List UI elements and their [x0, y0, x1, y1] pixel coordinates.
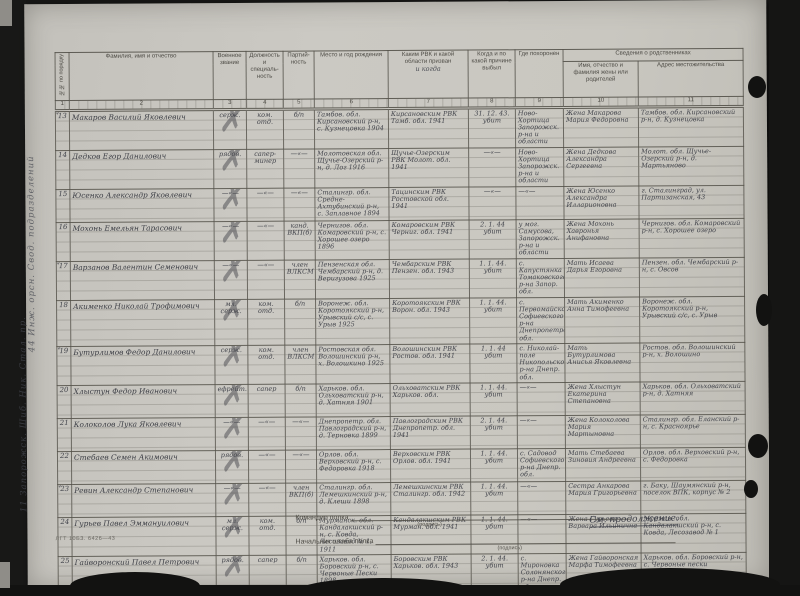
cell-name: Бутурлимов Федор Данилович: [71, 345, 215, 385]
cell-rank: рядов.✗: [214, 149, 247, 188]
cell-position: —«—: [248, 417, 285, 450]
chief-label: Начальник штаба полка: [295, 538, 373, 545]
col-num: 3: [213, 99, 246, 109]
cell-fate: 31. 12. 43. убит: [468, 107, 515, 147]
cell-rank: —«—✗: [214, 260, 247, 299]
header-birth: Место и год рождения: [314, 51, 388, 99]
cell-rvk: Чембарским РВК Пензен. обл. 1943: [389, 259, 469, 299]
cell-address: Ростов. обл. Волошинский р-н, х. Волошин…: [640, 342, 745, 382]
cell-birth: Чернигов. обл. Комаровский р-н, с. Хорош…: [315, 220, 389, 259]
table-row: 14 Дедков Егор Данилович рядов.✗ сапер- …: [56, 146, 744, 189]
cell-fate: —«—: [469, 186, 516, 219]
cell-address: Харьков. обл. Ольховатский р-н, д. Хатня…: [640, 381, 745, 415]
chief-signature-line: [375, 534, 675, 545]
cell-relative: Жена Юсенко Александра Илларионовна: [564, 186, 639, 219]
commander-label: Командир полка: [295, 514, 348, 521]
header-rvk: Каким РВК и какой области призван и когд…: [388, 50, 468, 98]
cell-address: Пензен. обл. Чембарский р-н, с. Овсов: [639, 257, 744, 297]
cell-rank: —«—✗: [214, 221, 247, 260]
cell-ordinal: 15: [56, 189, 70, 222]
commander-signature-row: Командир полка: [295, 511, 630, 522]
cell-fate: 1. 1. 44. убит: [470, 383, 517, 416]
table-row: 18 Акименко Николай Трофимович мл. серж.…: [57, 296, 745, 346]
cell-rvk: Коротоякским РВК Ворон. обл. 1943: [390, 298, 470, 345]
table-header: №№ по порядку Фамилия, имя и отчество Во…: [55, 48, 743, 110]
cell-name: Акименко Николай Трофимович: [71, 299, 215, 346]
col-num: 11: [638, 96, 743, 107]
col-num: 8: [468, 97, 515, 107]
col-num: 4: [246, 99, 283, 109]
cell-address: Сталингр. обл. Еланский р-н, с. Краснояр…: [640, 414, 745, 448]
cell-rvk: Ольховатским РВК Харьков. обл.: [390, 383, 470, 416]
cell-position: сапер: [248, 384, 285, 417]
header-burial: Где похоронен: [515, 49, 563, 97]
header-rank: Военное звание: [213, 51, 246, 99]
col-num: 1: [55, 100, 69, 110]
scanner-bottom-edge: [0, 585, 800, 596]
torn-edge-blob: [748, 434, 768, 458]
cell-position: —«—: [248, 450, 285, 483]
cell-relative: Мать Стебаева Зиновия Андреевна: [565, 448, 640, 481]
cell-name: Хлыстун Федор Иванович: [71, 384, 215, 418]
cell-party: б/п: [285, 384, 316, 417]
cell-rank: ефрейт.✗: [215, 384, 248, 417]
cell-burial: с. Садовод Софиевского р-на Днепр. обл.: [517, 448, 565, 481]
cell-ordinal: ✓13: [55, 110, 69, 150]
cell-party: б/п: [285, 299, 316, 345]
cell-ordinal: ✓19: [57, 346, 71, 385]
cell-rvk: Щучье-Озерским РВК Молот. обл. 1941: [389, 148, 469, 188]
cell-burial: у мог. Самусова, Запорожск. р-на и облас…: [516, 219, 564, 258]
cell-rvk: Тацинским РВК Ростовской обл. 1941: [389, 187, 469, 220]
col-num: 9: [515, 97, 563, 107]
cell-party: —«—: [285, 450, 316, 483]
cell-party: —«—: [284, 149, 315, 188]
cell-rvk: Павлоградским РВК Днепропетр. обл. 1941: [390, 416, 470, 449]
scanner-corner-notch: [0, 0, 12, 26]
cell-position: сапер- минер: [247, 149, 284, 188]
cell-position: —«—: [247, 221, 284, 260]
cell-party: канд. ВКП(б): [284, 221, 315, 260]
cell-rank: серж.✗: [213, 109, 246, 149]
form-print-code: ЛГТ 10БЗ. 6426—43: [55, 536, 115, 542]
col-num: 7: [388, 98, 468, 108]
cell-name: Дедков Егор Данилович: [70, 149, 214, 189]
cell-position: ком. отд.: [248, 345, 285, 384]
cell-fate: 2. 1. 44. убит: [470, 416, 517, 449]
cell-party: —«—: [284, 188, 315, 221]
cell-address: Орлов. обл. Верховский р-н, с. Федоровка: [640, 447, 745, 481]
cell-name: Макаров Василий Яковлевич: [69, 109, 213, 150]
cell-relative: Жена Хлыстун Екатерина Степановна: [565, 382, 640, 415]
table-row: ✓17 Варзанов Валентин Семенович —«—✗ —«—…: [56, 257, 744, 300]
pencil-check-icon: ✓: [56, 261, 64, 268]
cell-burial: с. Николай-поле Никопольского р-на Днепр…: [517, 343, 565, 382]
pencil-check-icon: ✓: [57, 346, 65, 353]
torn-edge-blob: [744, 480, 758, 498]
cell-position: —«—: [247, 260, 284, 299]
cell-birth: Днепропетр. обл. Павлоградский р-н, д. Т…: [316, 416, 390, 449]
continuation-note: См. продолжение.: [589, 514, 679, 528]
table-row: 16 Мохонь Емельян Тарасович —«—✗ —«— кан…: [56, 218, 744, 261]
cell-address: Тамбов. обл. Кирсановский р-н, д. Кузнец…: [638, 106, 743, 147]
cell-ordinal: ✓17: [56, 261, 70, 300]
cell-rank: серж.✗: [215, 345, 248, 384]
cell-rank: рядов.✗: [215, 450, 248, 483]
table-row: 15 Юсенко Александр Яковлевич —«—✗ —«— —…: [56, 185, 744, 222]
cell-birth: Тамбов. обл. Кирсановский р-н, с. Кузнец…: [314, 108, 388, 148]
cell-name: Стебаев Семен Акимович: [71, 450, 215, 484]
cell-burial: —«—: [516, 186, 564, 219]
cell-rvk: Волошинским РВК Ростов. обл. 1941: [390, 344, 470, 384]
cell-party: член ВЛКСМ: [285, 345, 316, 384]
scanner-corner-notch: [0, 562, 10, 588]
cell-fate: 1. 1. 44. убит: [470, 449, 517, 482]
cell-address: Молот. обл. Щучье-Озерский р-н, д. Марть…: [639, 146, 744, 186]
table-row: 20 Хлыстун Федор Иванович ефрейт.✗ сапер…: [57, 381, 745, 418]
header-relatives-group: Сведения о родственниках: [563, 48, 743, 61]
header-party: Партий- ность: [283, 51, 314, 99]
chief-signature-caption: (подпись): [498, 545, 523, 551]
pencil-margin-note-bottom: 11 Запорожск. Шиб. Ник. Стал. пр.: [18, 294, 39, 534]
table-row: 21 Колоколов Лука Яковлевич —«—✗ —«— —«—…: [57, 414, 745, 451]
cell-party: —«—: [285, 417, 316, 450]
cell-position: ком. отд.: [248, 299, 285, 345]
cell-party: б/п: [283, 109, 314, 149]
torn-edge-blob: [756, 294, 772, 326]
cell-fate: 1. 1. 44. убит: [470, 297, 517, 344]
cell-party: член ВЛКСМ: [284, 260, 315, 299]
cell-rank: мл. серж.✗: [215, 299, 248, 345]
cell-rvk: Кирсановским РВК Тамб. обл. 1941: [388, 108, 468, 149]
cell-address: г. Сталинград, ул. Партизанская, 43: [639, 185, 744, 219]
cell-name: Варзанов Валентин Семенович: [70, 260, 214, 300]
cell-rank: —«—✗: [215, 417, 248, 450]
cell-fate: —«—: [469, 147, 516, 186]
cell-rvk: Комаровским РВК Черниг. обл. 1941: [389, 220, 469, 260]
cell-name: Колоколов Лука Яковлевич: [71, 417, 215, 451]
cell-birth: Орлов. обл. Верховский р-н, с. Федоровка…: [316, 449, 390, 482]
col-num: 6: [314, 98, 388, 108]
document-page: 44 Инж. орсн. Свод. подразделений 11 Зап…: [24, 0, 770, 588]
cell-relative: Жена Дедкова Александра Сергеевна: [564, 147, 639, 186]
cell-relative: Мать Бутурлимова Анисья Яковлевна: [565, 343, 640, 382]
header-relative-name: Имя, отчество и фамилия жены или родител…: [563, 61, 638, 97]
cell-ordinal: 22: [57, 451, 71, 484]
cell-burial: с. Капустянка Томаковского р-на Запор. о…: [516, 258, 564, 297]
cell-burial: Ново-Хортица Запорожск. р-на и области: [515, 107, 563, 147]
header-name: Фамилия, имя и отчество: [69, 52, 213, 100]
header-relative-address: Адрес местожительства: [638, 60, 743, 96]
header-ordinal: №№ по порядку: [55, 52, 69, 100]
cell-position: ком. отд.: [246, 109, 283, 149]
cell-rvk: Верховским РВК Орлов. обл. 1941: [390, 449, 470, 482]
header-rvk-printed: Каким РВК и какой области призван: [402, 52, 454, 65]
cell-burial: с. Первомайское Софиевского р-на Днепроп…: [517, 297, 565, 344]
torn-edge-blob: [748, 76, 766, 98]
cell-fate: 2. 1. 44 убит: [469, 219, 516, 258]
scan-background: 44 Инж. орсн. Свод. подразделений 11 Зап…: [0, 0, 800, 596]
header-position: Должность и специаль- ность: [246, 51, 283, 99]
cell-ordinal: 14: [56, 150, 70, 189]
cell-burial: —«—: [517, 382, 565, 415]
cell-birth: Харьков. обл. Ольховатский р-н, д. Хатня…: [316, 383, 390, 416]
cell-relative: Мать Акименко Анна Тимофеевна: [565, 297, 640, 344]
cell-fate: 1. 1. 44. убит: [469, 258, 516, 297]
cell-relative: Жена Мохонь Хавронья Анифановна: [564, 219, 639, 258]
pencil-check-icon: ✓: [58, 484, 66, 491]
col-num: 5: [283, 99, 314, 109]
cell-relative: Мать Исаева Дарья Егоровна: [564, 258, 639, 297]
signature-block: Командир полка (подпись) Начальник штаба…: [27, 502, 769, 567]
cell-fate: 1. 1. 44 убит: [470, 344, 517, 383]
cell-ordinal: 21: [57, 418, 71, 451]
header-rvk-handwritten: и когда: [391, 66, 466, 73]
cell-relative: Жена Колоколова Мария Мартыновна: [565, 415, 640, 448]
cell-burial: Ново-Хортица Запорожск. р-на и области: [516, 147, 564, 186]
cell-birth: Пензенская обл. Чембарский р-н, д. Вериг…: [315, 259, 389, 298]
cell-birth: Сталингр. обл. Средне-Ахтубинский р-н, с…: [315, 187, 389, 220]
cell-position: —«—: [247, 188, 284, 221]
cell-birth: Ростовская обл. Волошинский р-н, х. Воло…: [316, 344, 390, 383]
cell-ordinal: 20: [57, 385, 71, 418]
header-fate: Когда и по какой причине выбыл: [468, 50, 515, 98]
scanner-right-edge: [769, 0, 800, 596]
cell-ordinal: 18: [57, 300, 71, 346]
col-num: 10: [563, 97, 638, 107]
table-row: ✓19 Бутурлимов Федор Данилович серж.✗ ко…: [57, 342, 745, 385]
cell-ordinal: 16: [56, 222, 70, 261]
cell-relative: Жена Макарова Мария Федоровна: [563, 107, 638, 147]
table-row: ✓13 Макаров Василий Яковлевич серж.✗ ком…: [55, 106, 743, 150]
cell-address: Воронеж. обл. Коротоякский р-н, Урывский…: [640, 296, 745, 343]
cell-address: Чернигов. обл. Комаровский р-н, с. Хорош…: [639, 218, 744, 258]
cell-birth: Воронеж. обл. Коротоякский р-н, Урывский…: [316, 298, 390, 345]
cell-birth: Молотовская обл. Щучье-Озерский р-н, д. …: [315, 148, 389, 187]
chief-signature-row: Начальник штаба полка: [295, 534, 675, 545]
cell-name: Мохонь Емельян Тарасович: [70, 221, 214, 261]
commander-signature-caption: (подпись): [417, 522, 442, 528]
table-row: 22 Стебаев Семен Акимович рядов.✗ —«— —«…: [57, 447, 745, 484]
pencil-check-icon: ✓: [55, 110, 63, 118]
cell-name: Юсенко Александр Яковлевич: [70, 188, 214, 222]
cell-burial: —«—: [517, 415, 565, 448]
cell-rank: —«—✗: [214, 188, 247, 221]
